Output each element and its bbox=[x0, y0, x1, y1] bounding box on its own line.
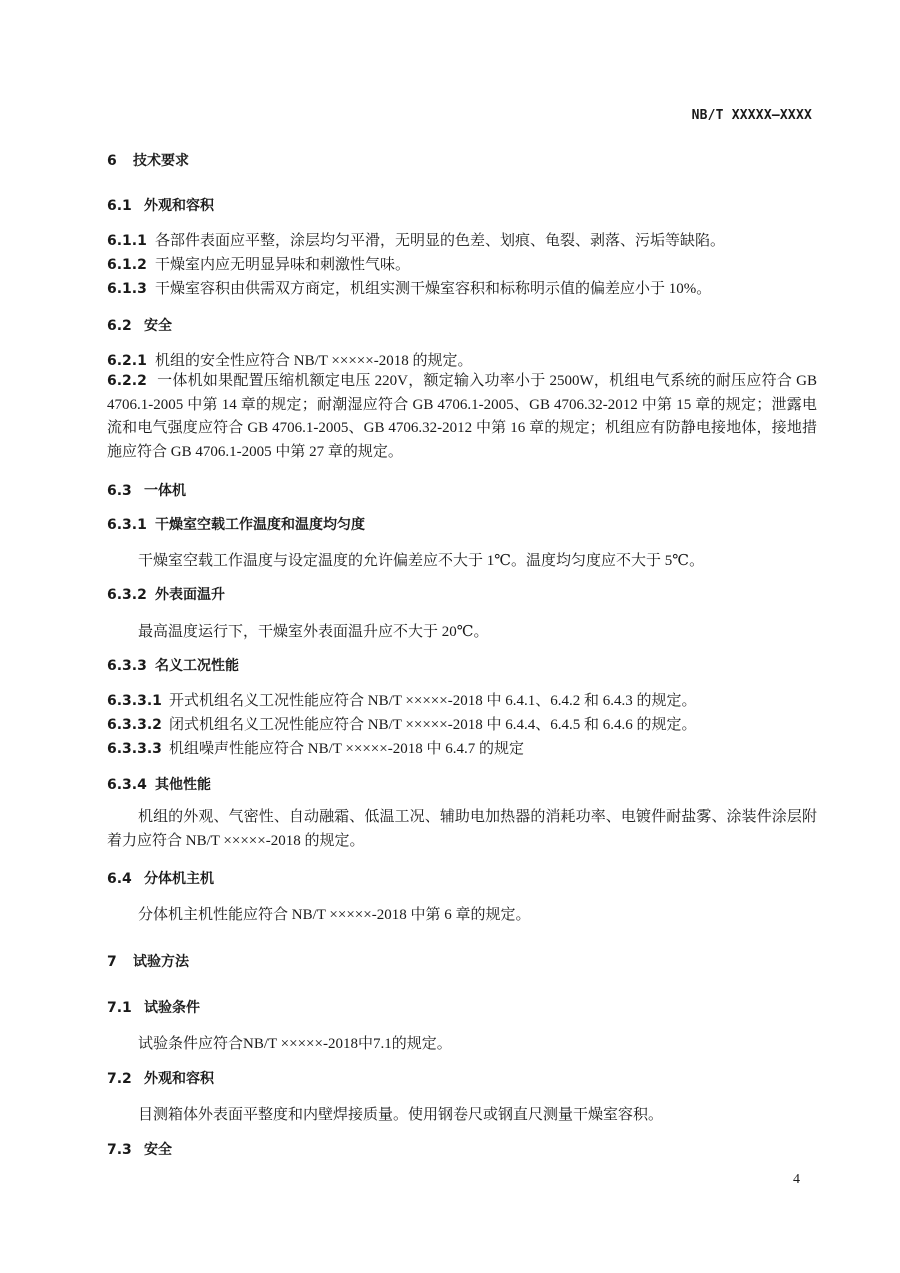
clause-number: 6.1.3 bbox=[107, 281, 155, 297]
clause-6-4-text: 分体机主机性能应符合 NB/T ×××××-2018 中第 6 章的规定。 bbox=[138, 903, 530, 924]
clause-6-2-1: 6.2.1机组的安全性应符合 NB/T ×××××-2018 的规定。 bbox=[107, 349, 472, 370]
clause-6-3-4-text: 机组的外观、气密性、自动融霜、低温工况、辅助电加热器的消耗功率、电镀件耐盐雾、涂… bbox=[107, 806, 817, 853]
section-title: 名义工况性能 bbox=[155, 658, 239, 674]
section-title: 外观和容积 bbox=[144, 1071, 214, 1087]
document-code: NB/T XXXXX—XXXX bbox=[692, 108, 812, 123]
clause-6-2-2: 6.2.2一体机如果配置压缩机额定电压 220V，额定输入功率小于 2500W，… bbox=[107, 370, 817, 464]
section-number: 6.3.4 bbox=[107, 777, 155, 793]
clause-6-1-2: 6.1.2干燥室内应无明显异味和刺激性气味。 bbox=[107, 253, 410, 274]
section-7-1-heading: 7.1试验条件 bbox=[107, 997, 200, 1017]
clause-number: 6.1.1 bbox=[107, 233, 155, 249]
section-number: 7.3 bbox=[107, 1142, 144, 1158]
clause-text: 闭式机组名义工况性能应符合 NB/T ×××××-2018 中 6.4.4、6.… bbox=[169, 717, 696, 733]
section-number: 6.1 bbox=[107, 198, 144, 214]
section-6-3-heading: 6.3一体机 bbox=[107, 480, 186, 500]
clause-text: 干燥室容积由供需双方商定，机组实测干燥室容积和标称明示值的偏差应小于 10%。 bbox=[155, 281, 711, 297]
clause-6-3-2-text: 最高温度运行下，干燥室外表面温升应不大于 20℃。 bbox=[138, 620, 489, 641]
clause-text: 机组噪声性能应符合 NB/T ×××××-2018 中 6.4.7 的规定 bbox=[169, 741, 524, 757]
section-title: 分体机主机 bbox=[144, 871, 214, 887]
section-number: 6.2 bbox=[107, 318, 144, 334]
section-7-heading: 7试验方法 bbox=[107, 951, 189, 971]
page-number: 4 bbox=[793, 1172, 800, 1188]
section-6-3-3-heading: 6.3.3名义工况性能 bbox=[107, 655, 239, 675]
section-number: 7.2 bbox=[107, 1071, 144, 1087]
section-number: 6 bbox=[107, 153, 133, 169]
section-6-3-2-heading: 6.3.2外表面温升 bbox=[107, 584, 225, 604]
clause-number: 6.3.3.2 bbox=[107, 717, 169, 733]
section-title: 技术要求 bbox=[133, 153, 189, 169]
section-6-3-4-heading: 6.3.4其他性能 bbox=[107, 774, 211, 794]
section-title: 试验条件 bbox=[144, 1000, 200, 1016]
section-6-4-heading: 6.4分体机主机 bbox=[107, 868, 214, 888]
section-6-3-1-heading: 6.3.1干燥室空载工作温度和温度均匀度 bbox=[107, 514, 365, 534]
section-number: 6.3.1 bbox=[107, 517, 155, 533]
clause-text: 一体机如果配置压缩机额定电压 220V，额定输入功率小于 2500W，机组电气系… bbox=[107, 373, 817, 460]
section-title: 其他性能 bbox=[155, 777, 211, 793]
section-number: 6.3.2 bbox=[107, 587, 155, 603]
clause-number: 6.1.2 bbox=[107, 257, 155, 273]
clause-number: 6.2.1 bbox=[107, 353, 155, 369]
clause-7-1-text: 试验条件应符合NB/T ×××××-2018中7.1的规定。 bbox=[138, 1032, 452, 1053]
clause-text: 机组的安全性应符合 NB/T ×××××-2018 的规定。 bbox=[155, 353, 472, 369]
section-title: 试验方法 bbox=[133, 954, 189, 970]
section-title: 外观和容积 bbox=[144, 198, 214, 214]
section-6-heading: 6技术要求 bbox=[107, 150, 189, 170]
section-title: 干燥室空载工作温度和温度均匀度 bbox=[155, 517, 365, 533]
clause-6-3-3-1: 6.3.3.1开式机组名义工况性能应符合 NB/T ×××××-2018 中 6… bbox=[107, 689, 696, 710]
clause-text: 各部件表面应平整，涂层均匀平滑，无明显的色差、划痕、龟裂、剥落、污垢等缺陷。 bbox=[155, 233, 725, 249]
section-6-1-heading: 6.1外观和容积 bbox=[107, 195, 214, 215]
clause-text: 干燥室内应无明显异味和刺激性气味。 bbox=[155, 257, 410, 273]
clause-6-3-3-3: 6.3.3.3机组噪声性能应符合 NB/T ×××××-2018 中 6.4.7… bbox=[107, 737, 524, 758]
section-title: 一体机 bbox=[144, 483, 186, 499]
section-title: 安全 bbox=[144, 1142, 172, 1158]
clause-number: 6.3.3.3 bbox=[107, 741, 169, 757]
clause-6-3-1-text: 干燥室空载工作温度与设定温度的允许偏差应不大于 1℃。温度均匀度应不大于 5℃。 bbox=[138, 549, 704, 570]
clause-6-1-1: 6.1.1各部件表面应平整，涂层均匀平滑，无明显的色差、划痕、龟裂、剥落、污垢等… bbox=[107, 229, 725, 250]
section-7-2-heading: 7.2外观和容积 bbox=[107, 1068, 214, 1088]
section-title: 外表面温升 bbox=[155, 587, 225, 603]
section-7-3-heading: 7.3安全 bbox=[107, 1139, 172, 1159]
clause-number: 6.2.2 bbox=[107, 370, 147, 394]
clause-6-1-3: 6.1.3干燥室容积由供需双方商定，机组实测干燥室容积和标称明示值的偏差应小于 … bbox=[107, 277, 711, 298]
clause-7-2-text: 目测箱体外表面平整度和内壁焊接质量。使用钢卷尺或钢直尺测量干燥室容积。 bbox=[138, 1103, 663, 1124]
document-page: NB/T XXXXX—XXXX 6技术要求 6.1外观和容积 6.1.1各部件表… bbox=[0, 0, 900, 1273]
section-6-2-heading: 6.2安全 bbox=[107, 315, 172, 335]
section-number: 6.3.3 bbox=[107, 658, 155, 674]
clause-number: 6.3.3.1 bbox=[107, 693, 169, 709]
section-number: 7 bbox=[107, 954, 133, 970]
clause-text: 开式机组名义工况性能应符合 NB/T ×××××-2018 中 6.4.1、6.… bbox=[169, 693, 696, 709]
section-number: 6.3 bbox=[107, 483, 144, 499]
section-number: 7.1 bbox=[107, 1000, 144, 1016]
section-number: 6.4 bbox=[107, 871, 144, 887]
clause-6-3-3-2: 6.3.3.2闭式机组名义工况性能应符合 NB/T ×××××-2018 中 6… bbox=[107, 713, 696, 734]
section-title: 安全 bbox=[144, 318, 172, 334]
